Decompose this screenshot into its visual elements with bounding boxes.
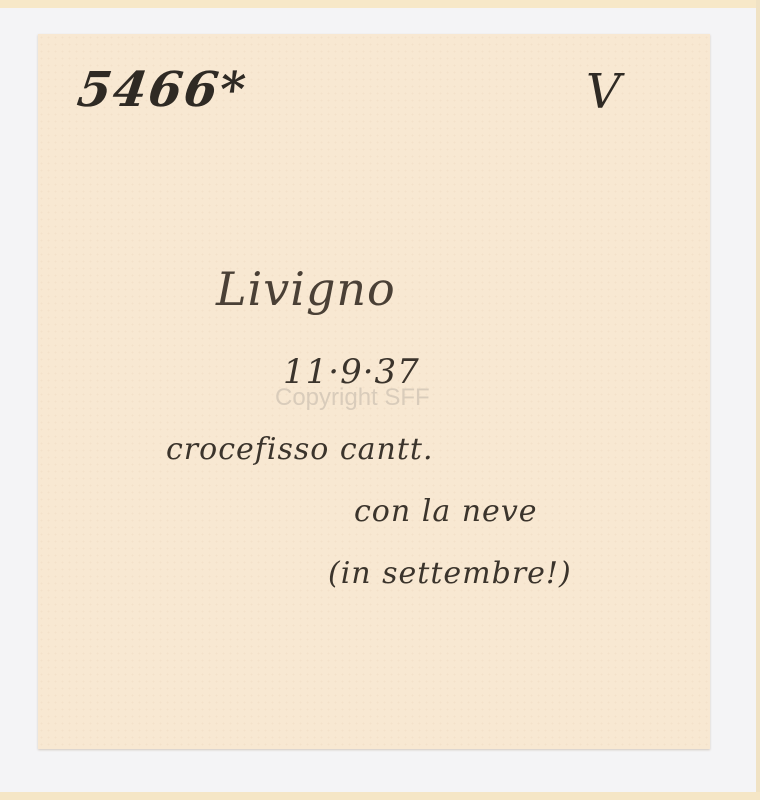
place-name: Livigno	[216, 262, 396, 316]
bottom-paper-edge	[0, 792, 760, 800]
note-line-1: crocefisso cantt.	[166, 432, 434, 467]
top-paper-edge	[0, 0, 760, 8]
note-line-3: (in settembre!)	[328, 556, 572, 591]
note-line-2: con la neve	[354, 494, 538, 529]
volume-mark: V	[586, 64, 622, 120]
right-paper-edge	[756, 0, 760, 800]
catalog-number: 5466*	[74, 62, 251, 118]
copyright-watermark: Copyright SFF	[275, 384, 430, 412]
